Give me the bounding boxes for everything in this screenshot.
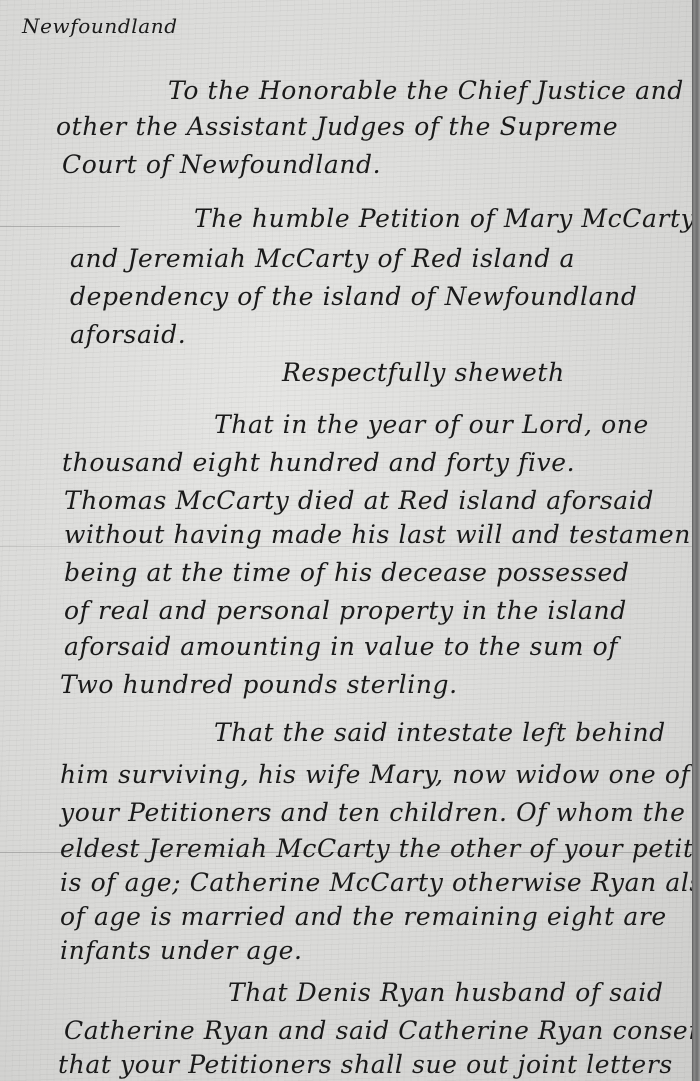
paragraph-2-line: him surviving, his wife Mary, now widow … xyxy=(60,762,690,787)
paragraph-1-line: Two hundred pounds sterling. xyxy=(60,672,458,697)
fold-line xyxy=(0,226,120,227)
paragraph-3-line: That Denis Ryan husband of said xyxy=(228,980,663,1005)
petitioners-line: aforsaid. xyxy=(70,322,186,347)
petitioners-line: dependency of the island of Newfoundland xyxy=(70,284,637,309)
petitioners-line: and Jeremiah McCarty of Red island a xyxy=(70,246,575,271)
petitioners-line: The humble Petition of Mary McCarty xyxy=(194,206,695,231)
paragraph-1-line: aforsaid amounting in value to the sum o… xyxy=(64,634,618,659)
scanned-page: Newfoundland To the Honorable the Chief … xyxy=(0,0,692,1081)
paragraph-3-line: that your Petitioners shall sue out join… xyxy=(58,1052,673,1077)
paragraph-2-line: your Petitioners and ten children. Of wh… xyxy=(60,800,686,825)
paragraph-3-line: Catherine Ryan and said Catherine Ryan c… xyxy=(64,1018,700,1043)
page-edge-shadow xyxy=(692,0,700,1081)
paragraph-2-line: is of age; Catherine McCarty otherwise R… xyxy=(60,870,700,895)
paragraph-1-line: thousand eight hundred and forty five. xyxy=(62,450,575,475)
address-line: other the Assistant Judges of the Suprem… xyxy=(56,114,618,139)
paragraph-1-line: being at the time of his decease possess… xyxy=(64,560,629,585)
paragraph-2-line: of age is married and the remaining eigh… xyxy=(60,904,667,929)
salutation: Respectfully sheweth xyxy=(282,360,565,385)
paragraph-1-line: Thomas McCarty died at Red island aforsa… xyxy=(64,488,654,513)
place-heading: Newfoundland xyxy=(22,16,178,36)
paragraph-2-line: eldest Jeremiah McCarty the other of you… xyxy=(60,836,700,861)
paragraph-1-line: of real and personal property in the isl… xyxy=(64,598,627,623)
paragraph-2-line: That the said intestate left behind xyxy=(214,720,666,745)
address-line: To the Honorable the Chief Justice and xyxy=(168,78,684,103)
paragraph-1-line: That in the year of our Lord, one xyxy=(214,412,649,437)
paragraph-1-line: without having made his last will and te… xyxy=(64,522,700,547)
address-line: Court of Newfoundland. xyxy=(62,152,381,177)
paragraph-2-line: infants under age. xyxy=(60,938,303,963)
